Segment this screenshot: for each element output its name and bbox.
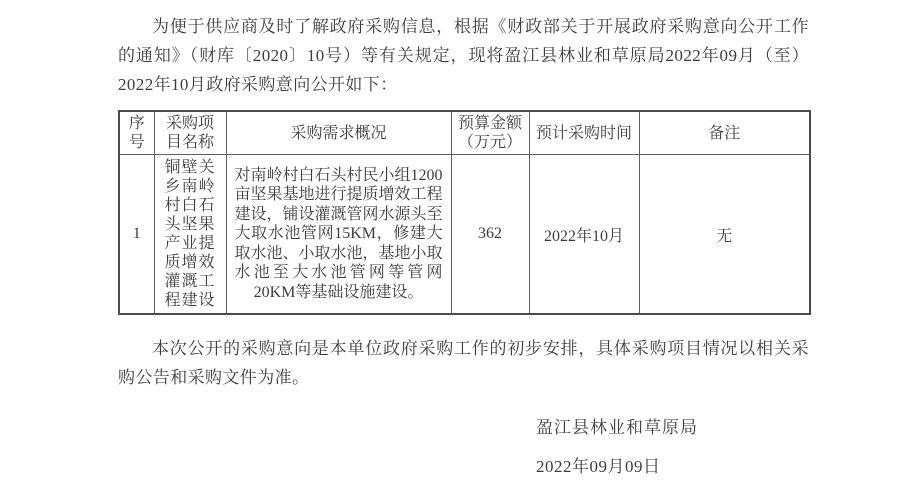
signature-organization: 盈江县林业和草原局 (536, 413, 809, 438)
cell-budget: 362 (451, 155, 529, 315)
procurement-intent-table: 序号 采购项目名称 采购需求概况 预算金额（万元） 预计采购时间 备注 1 铜壁… (118, 110, 811, 315)
cell-purchase-time: 2022年10月 (529, 155, 639, 315)
document-content: 为便于供应商及时了解政府采购信息，根据《财政部关于开展政府采购意向公开工作的通知… (118, 12, 809, 477)
signature-block: 盈江县林业和草原局 2022年09月09日 (536, 413, 809, 477)
col-header-project-name: 采购项目名称 (154, 111, 226, 155)
col-header-requirement: 采购需求概况 (226, 111, 451, 155)
cell-remark: 无 (639, 155, 810, 315)
signature-date: 2022年09月09日 (536, 452, 809, 477)
col-header-remark: 备注 (639, 111, 810, 155)
cell-project-name: 铜壁关乡南岭村白石头坚果产业提质增效灌溉工程建设 (154, 155, 226, 315)
document-page: 为便于供应商及时了解政府采购信息，根据《财政部关于开展政府采购意向公开工作的通知… (0, 0, 900, 500)
col-header-budget: 预算金额（万元） (451, 111, 529, 155)
cell-requirement: 对南岭村白石头村民小组1200亩坚果基地进行提质增效工程建设，铺设灌溉管网水源头… (226, 155, 451, 315)
cell-seq: 1 (119, 155, 154, 315)
intro-paragraph: 为便于供应商及时了解政府采购信息，根据《财政部关于开展政府采购意向公开工作的通知… (118, 12, 809, 99)
table-row: 1 铜壁关乡南岭村白石头坚果产业提质增效灌溉工程建设 对南岭村白石头村民小组12… (119, 155, 810, 315)
closing-paragraph: 本次公开的采购意向是本单位政府采购工作的初步安排，具体采购项目情况以相关采购公告… (118, 334, 809, 392)
col-header-seq: 序号 (119, 111, 154, 155)
table-header-row: 序号 采购项目名称 采购需求概况 预算金额（万元） 预计采购时间 备注 (119, 111, 810, 155)
col-header-purchase-time: 预计采购时间 (529, 111, 639, 155)
